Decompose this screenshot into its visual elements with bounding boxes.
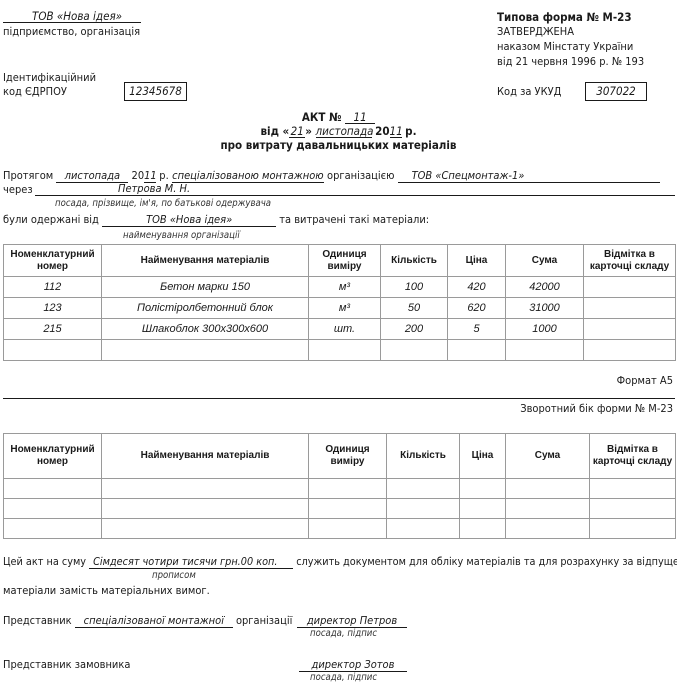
column-header: Найменування матеріалів [102, 434, 309, 479]
table-cell: 112 [4, 277, 102, 298]
column-header: Відмітка в карточці складу [590, 434, 676, 479]
edrpou-label-2: код ЄДРПОУ [3, 85, 67, 98]
during-label: Протягом [3, 169, 53, 182]
column-header: Одиниця виміру [309, 434, 387, 479]
table-cell: 50 [381, 298, 448, 319]
table-cell [590, 519, 676, 539]
table-cell: 620 [448, 298, 506, 319]
form-title: Типова форма № М-23 [497, 10, 632, 24]
rep1-signature: директор Петров [297, 615, 407, 628]
table-cell [102, 340, 309, 361]
column-header: Сума [506, 434, 590, 479]
date-prefix: від « [261, 124, 290, 138]
table-cell [584, 277, 676, 298]
act-subtitle: про витрату давальницьких матеріалів [0, 138, 677, 152]
sum-words: Сімдесят чотири тисячи грн.00 коп. [89, 556, 293, 569]
org-type: спеціалізованою монтажною [172, 170, 324, 183]
table-cell: Полістіролбетонний блок [102, 298, 309, 319]
column-header: Кількість [381, 245, 448, 277]
table-row [4, 340, 676, 361]
table-row: 123Полістіролбетонний блокм³5062031000 [4, 298, 676, 319]
table-cell [4, 340, 102, 361]
rep1-line: Представник спеціалізованої монтажної ор… [3, 614, 292, 628]
sum-prefix: Цей акт на суму [3, 555, 86, 568]
supplier-hint: найменування організації [123, 230, 240, 241]
table-header-row: Номенклатурний номерНайменування матеріа… [4, 245, 676, 277]
table-cell: Шлакоблок 300х300х600 [102, 319, 309, 340]
act-title: АКТ № 11 [0, 110, 677, 124]
act-year-suffix: 11 [390, 125, 402, 138]
table-cell: Бетон марки 150 [102, 277, 309, 298]
table-cell [506, 519, 590, 539]
org-name: ТОВ «Спецмонтаж-1» [398, 170, 660, 183]
table-cell [506, 340, 584, 361]
table-cell [387, 499, 460, 519]
organization-underline [3, 22, 141, 23]
table-cell [460, 519, 506, 539]
reverse-materials-table: Номенклатурний номерНайменування матеріа… [3, 433, 676, 539]
table-cell [309, 499, 387, 519]
table-cell: шт. [309, 319, 381, 340]
table-cell [584, 319, 676, 340]
reverse-label: Зворотний бік форми № М-23 [520, 402, 673, 415]
rep2-signature-wrap: директор Зотов [299, 658, 407, 672]
table-cell [4, 519, 102, 539]
rep1-hint: посада, підпис [310, 628, 377, 639]
table-cell [506, 499, 590, 519]
column-header: Ціна [448, 245, 506, 277]
materials-table: Номенклатурний номерНайменування матеріа… [3, 244, 676, 361]
during-line: Протягом листопада 2011 р. спеціалізован… [3, 169, 660, 183]
table-cell [460, 479, 506, 499]
organization-value: ТОВ «Нова ідея» [32, 9, 122, 23]
table-cell [387, 479, 460, 499]
table-cell [102, 499, 309, 519]
rep1-org-type: спеціалізованої монтажної [75, 615, 233, 628]
table-cell: 5 [448, 319, 506, 340]
table-cell [102, 479, 309, 499]
rep2-hint: посада, підпис [310, 672, 377, 683]
year-end-2: р. [159, 169, 168, 182]
column-header: Номенклатурний номер [4, 245, 102, 277]
sum-second-line: матеріали замість матеріальних вимог. [3, 584, 210, 597]
approved-label: ЗАТВЕРДЖЕНА [497, 25, 574, 38]
format-label: Формат А5 [617, 374, 673, 387]
ukud-label: Код за УКУД [497, 85, 561, 98]
table-cell [309, 340, 381, 361]
table-cell [590, 499, 676, 519]
column-header: Одиниця виміру [309, 245, 381, 277]
spent-label: та витрачені такі матеріали: [279, 213, 429, 226]
table-cell: 420 [448, 277, 506, 298]
act-month: листопада [316, 125, 372, 138]
table-cell [309, 479, 387, 499]
table-header-row: Номенклатурний номерНайменування матеріа… [4, 434, 676, 479]
table-cell [506, 479, 590, 499]
date-mid: » [305, 124, 312, 138]
rep1-org-label: організації [236, 614, 292, 627]
column-header: Найменування матеріалів [102, 245, 309, 277]
act-label: АКТ № [302, 110, 342, 124]
rep1-signature-wrap: директор Петров [297, 614, 407, 628]
table-cell: 200 [381, 319, 448, 340]
column-header: Сума [506, 245, 584, 277]
table-cell [381, 340, 448, 361]
table-cell: 123 [4, 298, 102, 319]
org-label: організацією [327, 169, 394, 182]
table-cell: м³ [309, 277, 381, 298]
received-line: були одержані від ТОВ «Нова ідея» та вит… [3, 213, 429, 227]
year-end: р. [405, 124, 416, 138]
table-cell: 42000 [506, 277, 584, 298]
receiver-hint: посада, прізвище, ім'я, по батькові одер… [55, 198, 271, 209]
table-cell [4, 479, 102, 499]
column-header: Ціна [460, 434, 506, 479]
edrpou-label-1: Ідентифікаційний [3, 71, 96, 84]
table-row: 112Бетон марки 150м³10042042000 [4, 277, 676, 298]
table-cell [4, 499, 102, 519]
year-prefix: 20 [375, 124, 389, 138]
table-cell [590, 479, 676, 499]
receiver: Петрова М. Н. [118, 182, 190, 195]
year-prefix-2: 20 [132, 169, 145, 182]
act-day: 21 [289, 125, 305, 138]
table-row [4, 519, 676, 539]
through-label: через [3, 183, 33, 196]
rep2-signature: директор Зотов [299, 659, 407, 672]
column-header: Відмітка в карточці складу [584, 245, 676, 277]
order-date-line: від 21 червня 1996 р. № 193 [497, 55, 644, 68]
table-cell [387, 519, 460, 539]
sum-suffix: служить документом для обліку матеріалів… [296, 555, 677, 568]
receiver-underline [35, 195, 675, 196]
rep2-label: Представник замовника [3, 658, 130, 671]
table-cell: 1000 [506, 319, 584, 340]
table-cell [309, 519, 387, 539]
column-header: Номенклатурний номер [4, 434, 102, 479]
table-cell: 31000 [506, 298, 584, 319]
table-cell [448, 340, 506, 361]
sum-line: Цей акт на суму Сімдесят чотири тисячи г… [3, 555, 677, 569]
organization-label: підприємство, організація [3, 25, 140, 38]
page-divider [3, 398, 675, 399]
rep1-label: Представник [3, 614, 72, 627]
table-row [4, 499, 676, 519]
table-cell [460, 499, 506, 519]
edrpou-value-box: 12345678 [124, 82, 187, 101]
table-row: 215Шлакоблок 300х300х600шт.20051000 [4, 319, 676, 340]
table-cell [584, 340, 676, 361]
table-cell: 100 [381, 277, 448, 298]
act-number: 11 [345, 111, 375, 124]
supplier: ТОВ «Нова ідея» [102, 214, 276, 227]
ukud-value-box: 307022 [585, 82, 647, 101]
table-cell: 215 [4, 319, 102, 340]
order-line: наказом Мінстату України [497, 40, 633, 53]
act-date: від «21» листопада 2011 р. [0, 124, 677, 138]
table-cell: м³ [309, 298, 381, 319]
table-row [4, 479, 676, 499]
sum-hint: прописом [152, 570, 196, 581]
received-label: були одержані від [3, 213, 99, 226]
column-header: Кількість [387, 434, 460, 479]
table-cell [584, 298, 676, 319]
table-cell [102, 519, 309, 539]
